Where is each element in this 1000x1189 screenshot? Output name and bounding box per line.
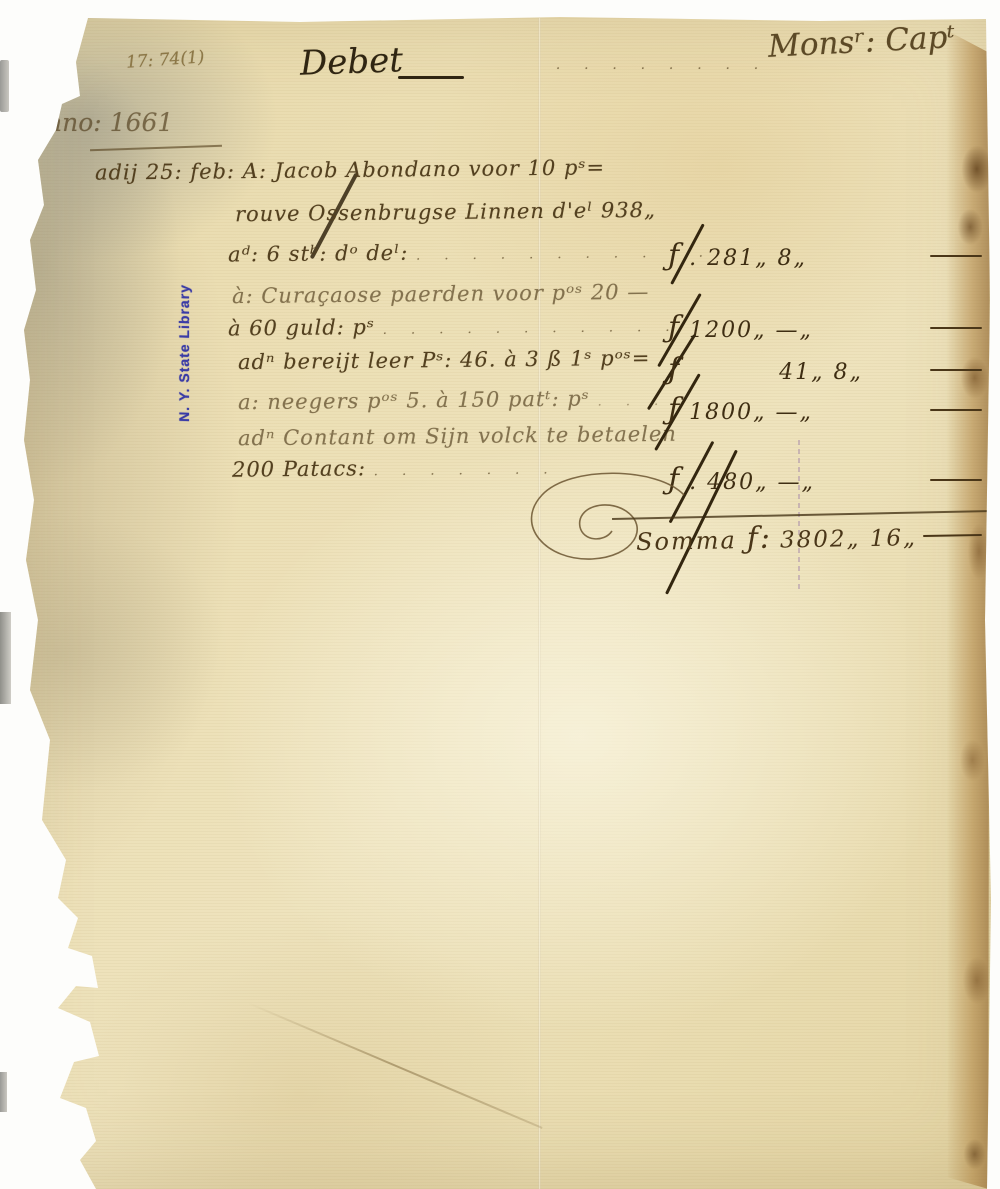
amount-edge-dash — [930, 369, 982, 371]
amount-value: . 281„ 8„ — [689, 246, 807, 271]
summa-row: Somma ƒ: 3802„ 16„ — [636, 517, 983, 558]
addressee-line: Monsʳ: Capᵗ — [767, 19, 956, 65]
adjacent-page-sliver — [0, 1072, 7, 1112]
amount-row: ƒ 41„ 8„ — [668, 352, 982, 387]
title-flourish-dash — [398, 76, 464, 79]
florin-sign: ƒ: — [746, 521, 772, 556]
amount-edge-dash — [930, 409, 982, 411]
entry-line: à: Curaçaose paerden voor pᵒˢ 20 — — [232, 280, 650, 308]
entry-line: adⁿ bereijt leer Pˢ: 46. à 3 ß 1ˢ pᵒˢ= — [238, 346, 651, 374]
amount-row: ƒ 1200„ —„ — [668, 310, 982, 345]
amount-row: ƒ . 281„ 8„ — [668, 238, 982, 273]
florin-sign: ƒ — [668, 352, 681, 387]
entry-text: aᵈ: 6 stᵇ: dᵒ deˡ: — [228, 241, 409, 267]
adjacent-page-sliver — [0, 612, 11, 704]
diagonal-crease — [247, 1002, 542, 1129]
amount-row: ƒ 1800„ —„ — [668, 392, 982, 427]
header-dot-leader: . . . . . . . . — [556, 58, 768, 73]
entry-line: à 60 guld: pˢ . . . . . . . . . . . . — [228, 311, 708, 340]
amount-value: 1200„ —„ — [689, 318, 813, 343]
entry-line: adⁿ Contant om Sijn volck te betaelen — [238, 422, 677, 451]
entry-line: 200 Patacs: . . . . . . . — [232, 454, 558, 481]
summa-value: 3802„ 16„ — [780, 525, 917, 553]
amount-edge-dash — [930, 479, 982, 481]
florin-sign: ƒ — [668, 310, 681, 345]
amount-value: . 480„ —„ — [689, 470, 815, 495]
scanned-document: 17: 74(1) Debet . . . . . . . . Monsʳ: C… — [0, 0, 1000, 1189]
amount-edge-dash — [930, 255, 982, 257]
entry-line: rouve Ossenbrugse Linnen d'eˡ 938„ — [235, 198, 656, 226]
amount-value: 1800„ —„ — [689, 400, 813, 425]
archive-reference: 17: 74(1) — [125, 47, 205, 72]
entry-text: 200 Patacs: — [232, 456, 366, 481]
amount-edge-dash — [930, 327, 982, 329]
year-underline — [90, 145, 222, 152]
amount-edge-dash — [923, 533, 982, 536]
vertical-fold-crease — [538, 18, 541, 1189]
library-stamp: N. Y. State Library — [176, 284, 192, 422]
entry-line: aᵈ: 6 stᵇ: dᵒ deˡ: . . . . . . . . . . . — [228, 237, 713, 266]
entry-text: à 60 guld: pˢ — [228, 315, 375, 341]
summa-label: Somma — [636, 526, 737, 556]
year-line: Anno: 1661 — [28, 108, 173, 137]
amount-value: 41„ 8„ — [779, 360, 863, 385]
dot-leader: . . . . . . . . . . . . — [383, 319, 708, 337]
browned-paper-edge — [946, 30, 990, 1189]
page-title-debet: Debet — [299, 40, 403, 84]
entry-text: a: neegers pᵒˢ 5. à 150 patᵗ: pˢ — [238, 387, 590, 415]
florin-sign: ƒ — [668, 238, 681, 273]
entry-line: adij 25: feb: A: Jacob Abondano voor 10 … — [95, 155, 605, 184]
entry-line: a: neegers pᵒˢ 5. à 150 patᵗ: pˢ . . . — [238, 386, 668, 415]
adjacent-page-sliver — [0, 60, 9, 112]
manuscript-paper: 17: 74(1) Debet . . . . . . . . Monsʳ: C… — [0, 0, 1000, 1189]
florin-sign: ƒ — [668, 392, 681, 427]
